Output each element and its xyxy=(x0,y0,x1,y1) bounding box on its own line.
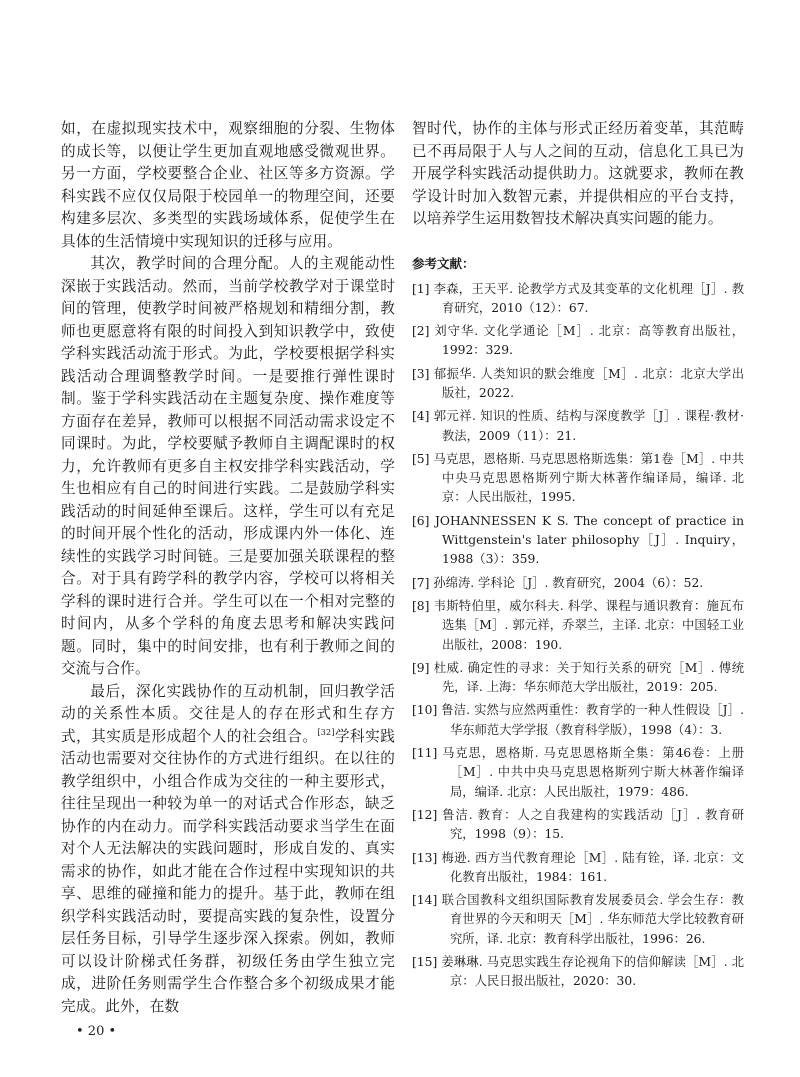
citation-marker: [32] xyxy=(317,728,334,737)
body-paragraph-continued: 智时代，协作的主体与形式正经历着变革，其范畴已不再局限于人与人之间的互动，信息化… xyxy=(412,118,744,231)
reference-item: [3] 郁振华. 人类知识的默会维度［M］. 北京：北京大学出版社，2022. xyxy=(412,365,744,404)
body-paragraph-2: 其次，教学时间的合理分配。人的主观能动性深嵌于实践活动。然而，当前学校教学对于课… xyxy=(61,253,395,681)
reference-item: [13] 梅逊. 西方当代教育理论［M］. 陆有铨，译. 北京：文化教育出版社，… xyxy=(412,849,744,888)
page-number: • 20 • xyxy=(76,1024,116,1039)
reference-item: [9] 杜威. 确定性的寻求：关于知行关系的研究［M］. 傅统先，译. 上海：华… xyxy=(412,659,744,698)
reference-item: [11] 马克思，恩格斯. 马克思恩格斯全集：第46卷：上册［M］. 中共中央马… xyxy=(412,744,744,802)
paragraph-3-text-b: 学科实践活动也需要对交往协作的方式进行组织。在以往的教学组织中，小组合作成为交往… xyxy=(61,728,395,1015)
body-paragraph-1: 如，在虚拟现实技术中，观察细胞的分裂、生物体的成长等，以便让学生更加直观地感受微… xyxy=(61,118,395,253)
left-column: 如，在虚拟现实技术中，观察细胞的分裂、生物体的成长等，以便让学生更加直观地感受微… xyxy=(61,118,395,1018)
reference-item: [5] 马克思，恩格斯. 马克思恩格斯选集：第1卷［M］. 中共中央马克思恩格斯… xyxy=(412,450,744,508)
reference-item: [1] 李森，王天平. 论教学方式及其变革的文化机理［J］. 教育研究，2010… xyxy=(412,280,744,319)
references-heading: 参考文献： xyxy=(412,254,744,274)
references-list: [1] 李森，王天平. 论教学方式及其变革的文化机理［J］. 教育研究，2010… xyxy=(412,280,744,992)
reference-item: [12] 鲁洁. 教育：人之自我建构的实践活动［J］. 教育研究，1998（9）… xyxy=(412,806,744,845)
reference-item: [6] JOHANNESSEN K S. The concept of prac… xyxy=(412,512,744,570)
reference-item: [14] 联合国教科文组织国际教育发展委员会. 学会生存：教育世界的今天和明天［… xyxy=(412,891,744,949)
reference-item: [8] 韦斯特伯里，威尔科夫. 科学、课程与通识教育：施瓦布选集［M］. 郭元祥… xyxy=(412,597,744,655)
reference-item: [10] 鲁洁. 实然与应然两重性：教育学的一种人性假设［J］. 华东师范大学学… xyxy=(412,701,744,740)
reference-item: [7] 孙绵涛. 学科论［J］. 教育研究，2004（6）：52. xyxy=(412,574,744,593)
reference-item: [15] 姜琳琳. 马克思实践生存论视角下的信仰解读［M］. 北京：人民日报出版… xyxy=(412,953,744,992)
reference-item: [4] 郭元祥. 知识的性质、结构与深度教学［J］. 课程·教材·教法，2009… xyxy=(412,407,744,446)
body-paragraph-3: 最后，深化实践协作的互动机制，回归教学活动的关系性本质。交往是人的存在形式和生存… xyxy=(61,681,395,1019)
right-column: 智时代，协作的主体与形式正经历着变革，其范畴已不再局限于人与人之间的互动，信息化… xyxy=(412,118,744,996)
reference-item: [2] 刘守华. 文化学通论［M］. 北京：高等教育出版社，1992：329. xyxy=(412,322,744,361)
